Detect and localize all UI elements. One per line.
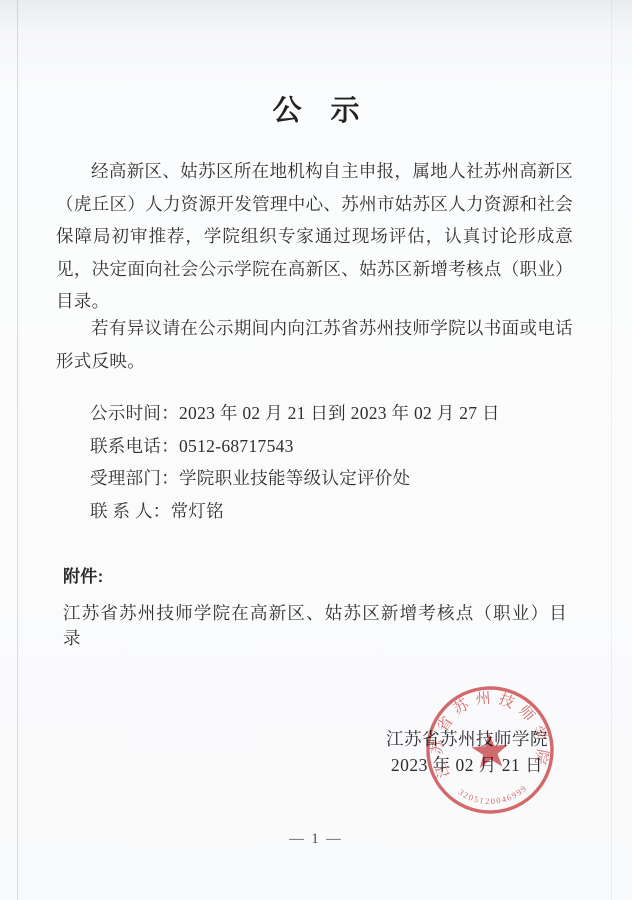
detail-phone: 联系电话：0512-68717543	[56, 430, 576, 463]
notice-document: 公 示 经高新区、姑苏区所在地机构自主申报，属地人社苏州高新区（虎丘区）人力资源…	[0, 0, 632, 900]
detail-value: 常灯铭	[171, 501, 224, 521]
attachment-section: 附件: 江苏省苏州技师学院在高新区、姑苏区新增考核点（职业）目录	[63, 562, 583, 650]
attachment-item: 江苏省苏州技师学院在高新区、姑苏区新增考核点（职业）目录	[63, 600, 583, 650]
detail-publicity-period: 公示时间：2023 年 02 月 21 日到 2023 年 02 月 27 日	[56, 397, 576, 430]
detail-contact-person: 联 系 人：常灯铭	[56, 495, 576, 528]
detail-value: 0512-68717543	[179, 436, 294, 456]
page-number: — 1 —	[0, 831, 632, 848]
contact-details: 公示时间：2023 年 02 月 21 日到 2023 年 02 月 27 日 …	[56, 397, 576, 527]
detail-value: 2023 年 02 月 21 日到 2023 年 02 月 27 日	[179, 403, 500, 423]
paragraph-application: 经高新区、姑苏区所在地机构自主申报，属地人社苏州高新区（虎丘区）人力资源开发管理…	[56, 155, 573, 318]
scan-edge-artifact-right	[611, 0, 612, 900]
seal-star-icon	[471, 732, 510, 769]
seal-ring-text: 江苏省苏州技师学院	[424, 686, 553, 780]
scan-edge-artifact-left	[17, 0, 18, 900]
detail-label: 公示时间：	[90, 403, 179, 423]
page-title: 公 示	[0, 88, 632, 129]
paragraph-objection: 若有异议请在公示期间内向江苏省苏州技师学院以书面或电话形式反映。	[56, 312, 573, 377]
official-seal: 江苏省苏州技师学院 3205120046999	[415, 675, 564, 824]
detail-department: 受理部门：学院职业技能等级认定评价处	[56, 462, 576, 495]
detail-label: 受理部门：	[90, 468, 179, 488]
attachment-heading: 附件:	[63, 562, 583, 587]
detail-label: 联 系 人：	[90, 501, 171, 521]
detail-label: 联系电话：	[90, 436, 179, 456]
detail-value: 学院职业技能等级认定评价处	[179, 468, 410, 488]
